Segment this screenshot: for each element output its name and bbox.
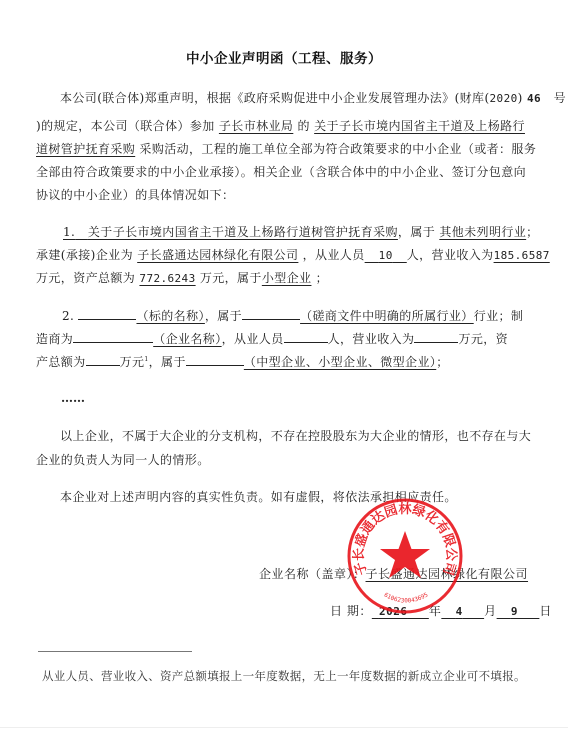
label: 行业；制 xyxy=(474,309,524,323)
item1-line-2: 承建(承接)企业为 子长盛通达园林绿化有限公司 ，从业人员 10 人，营业收入为… xyxy=(36,247,536,264)
punct: ； xyxy=(316,271,328,285)
punct: ； xyxy=(526,225,538,239)
label: ，从业人员 xyxy=(222,332,284,346)
item2-line-1: 2. （标的名称），属于（磋商文件中明确的所属行业）行业；制 xyxy=(62,306,562,324)
industry-blank[interactable] xyxy=(242,306,300,320)
footnote-divider xyxy=(38,651,192,652)
label: 人，营业收入为 xyxy=(328,332,415,346)
document-title: 中小企业声明函（工程、服务） xyxy=(0,47,568,67)
label: ，属于 xyxy=(205,309,242,323)
revenue-blank[interactable] xyxy=(414,329,458,343)
assets-blank[interactable] xyxy=(86,352,120,366)
label: ，从业人员 xyxy=(303,248,365,262)
item1-staff: 10 xyxy=(379,249,393,262)
item1-subject: 关于子长市境内国省主干道及上杨路行道树管护抚育采购 xyxy=(88,225,398,239)
label: ，属于 xyxy=(149,355,186,369)
label: 承建(承接)企业为 xyxy=(36,248,133,262)
scale-blank[interactable] xyxy=(186,352,244,366)
item1-scale: 小型企业 xyxy=(262,271,312,285)
item1-line-3: 万元，资产总额为 772.6243 万元，属于小型企业 ； xyxy=(36,270,536,287)
label: 人，营业收入为 xyxy=(407,248,494,262)
intro-line-2: )的规定，本公司（联合体）参加 子长市林业局 的 关于子长市境内国省主干道及上杨… xyxy=(36,118,536,134)
subject-hint: （标的名称） xyxy=(136,309,204,323)
intro-line-3: 道树管护抚育采购 采购活动，工程的施工单位全部为符合政策要求的中小企业（或者：服… xyxy=(36,141,536,157)
unit: 日 xyxy=(539,604,552,618)
item1-assets: 772.6243 xyxy=(139,272,195,285)
scale-hint: （中型企业、小型企业、微型企业） xyxy=(244,355,436,369)
footnote-text: 从业人员、营业收入、资产总额填报上一年度数据，无上一年度数据的新成立企业可不填报… xyxy=(42,668,526,684)
statement-2: 本企业对上述声明内容的真实性负责。如有虚假，将依法承担相应责任。 xyxy=(60,489,560,505)
label: 产总额为 xyxy=(36,355,86,369)
company-blank[interactable] xyxy=(73,329,153,343)
label: 万元，资产总额为 xyxy=(36,271,135,285)
label: 万元 xyxy=(120,355,145,369)
intro-text: )的规定，本公司（联合体）参加 xyxy=(36,119,215,133)
staff-blank[interactable] xyxy=(284,329,328,343)
intro-text: 本公司(联合体)郑重声明，根据《政府采购促进中小企业发展管理办法》(财库( xyxy=(60,91,490,105)
intro-line-1: 本公司(联合体)郑重声明，根据《政府采购促进中小企业发展管理办法》(财库(202… xyxy=(60,90,560,107)
item1-line-1: 1. 关于子长市境内国省主干道及上杨路行道树管护抚育采购，属于 其他未列明行业； xyxy=(63,224,563,240)
punct: ； xyxy=(436,355,448,369)
statement-1-line-2: 企业的负责人为同一人的情形。 xyxy=(36,452,536,468)
intro-line-4: 全部由符合政策要求的中小企业承接）。相关企业（含联合体中的中小企业、签订分包意向 xyxy=(36,164,536,180)
declaration-page: 中小企业声明函（工程、服务） 本公司(联合体)郑重声明，根据《政府采购促进中小企… xyxy=(0,0,568,732)
item-number: 2. xyxy=(62,309,74,323)
item1-industry: 其他未列明行业 xyxy=(439,225,526,239)
buyer-name: 子长市林业局 xyxy=(219,119,293,133)
page-bottom-rule xyxy=(0,727,568,728)
decree-number: 46 xyxy=(527,92,541,105)
label: ，属于 xyxy=(398,225,435,239)
item1-company: 子长盛通达园林绿化有限公司 xyxy=(137,248,298,262)
unit: 月 xyxy=(484,604,497,618)
company-hint: （企业名称） xyxy=(153,332,221,346)
item2-line-3: 产总额为万元1，属于（中型企业、小型企业、微型企业）； xyxy=(36,352,536,370)
label: 万元，资 xyxy=(458,332,508,346)
hao-text: 号 xyxy=(554,91,566,105)
label: 万元，属于 xyxy=(200,271,262,285)
intro-text: 的 xyxy=(298,119,310,133)
decree-year: 2020 xyxy=(490,92,518,105)
date-day: 9 xyxy=(511,605,518,618)
label: 造商为 xyxy=(36,332,73,346)
statement-1-line-1: 以上企业，不属于大企业的分支机构，不存在控股股东为大企业的情形，也不存在与大 xyxy=(60,428,560,444)
subject-blank[interactable] xyxy=(78,306,136,320)
ellipsis: …… xyxy=(61,390,561,406)
svg-text:6106230043695: 6106230043695 xyxy=(383,591,430,604)
industry-hint: （磋商文件中明确的所属行业） xyxy=(300,309,474,323)
project-name: 关于子长市境内国省主干道及上杨路行 xyxy=(314,119,525,133)
paren: ) xyxy=(518,91,523,105)
company-seal-icon: 子长盛通达园林绿化有限公司 6106230043695 xyxy=(346,497,464,615)
intro-line-5: 协议的中小企业）的具体情况如下： xyxy=(36,187,536,203)
project-name-cont: 道树管护抚育采购 xyxy=(36,142,135,156)
item1-revenue: 185.6587 xyxy=(494,249,550,262)
item-number: 1. xyxy=(63,225,75,239)
intro-text: 采购活动，工程的施工单位全部为符合政策要求的中小企业（或者：服务 xyxy=(139,142,536,156)
item2-line-2: 造商为（企业名称），从业人员人，营业收入为万元，资 xyxy=(36,329,536,347)
